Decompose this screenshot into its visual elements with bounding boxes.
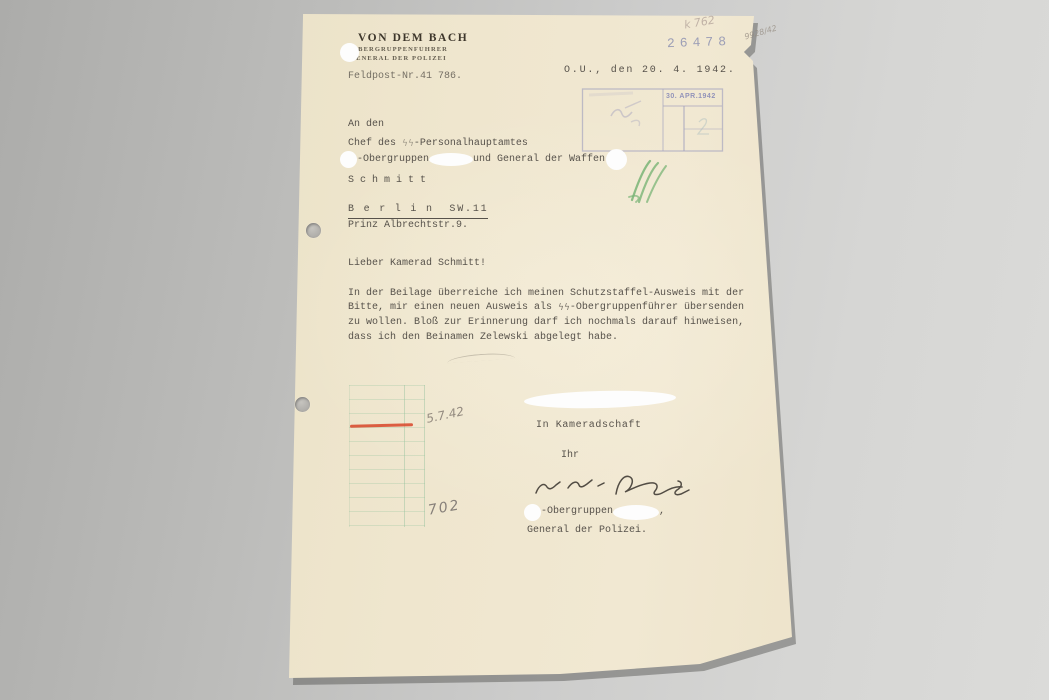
registry-number-stamp: 26478 — [667, 34, 732, 51]
body-line2a: Bitte, mir einen neuen Ausweis als — [348, 301, 558, 315]
letterhead-rank: OBERGRUPPENFÜHRER — [352, 46, 448, 53]
handwritten-signature — [528, 460, 700, 508]
closing-title: General der Polizei. — [527, 524, 647, 538]
feldpost-number: Feldpost-Nr.41 786. — [348, 70, 462, 84]
date-line: O.U., den 20. 4. 1942. — [564, 64, 736, 78]
letterhead-name: VON DEM BACH — [358, 32, 468, 44]
redaction-circle — [340, 151, 357, 168]
redaction-oval — [613, 505, 659, 520]
punch-hole-bottom — [295, 397, 310, 412]
closing-rank-line: -Obergruppen, — [524, 503, 665, 521]
photo-of-historical-letter: VON DEM BACH OBERGRUPPENFÜHRER GENERAL D… — [0, 0, 1049, 700]
body-line2: Bitte, mir einen neuen Ausweis als ϟϟ-Ob… — [348, 301, 744, 315]
redaction-circle — [606, 149, 627, 170]
body-line1: In der Beilage überreiche ich meinen Sch… — [348, 286, 744, 301]
recipient-city: B e r l i n SW.11 — [348, 203, 488, 219]
body-line2b: -Obergruppenführer übersenden — [570, 301, 744, 315]
receipt-stamp-date: 30. APR.1942 — [666, 93, 716, 100]
grid-line — [349, 385, 350, 527]
salutation: Lieber Kamerad Schmitt! — [348, 257, 486, 271]
recipient-chef-line: Chef des ϟϟ-Personalhauptamtes — [348, 137, 528, 151]
recipient-name: S c h m i t t — [348, 174, 426, 188]
grid-line — [424, 385, 425, 527]
recipient-rank-part2: und General der Waffen — [473, 153, 605, 167]
body-line3: zu wollen. Bloß zur Erinnerung darf ich … — [348, 316, 744, 330]
ss-runes: ϟϟ — [402, 137, 414, 151]
closing-kameradschaft: In Kameradschaft — [536, 419, 642, 433]
recipient-chef-part2: -Personalhauptamtes — [414, 137, 528, 151]
punch-hole-top — [306, 223, 321, 238]
green-initials-mark — [624, 156, 676, 204]
recipient-rank-part1: -Obergruppen — [357, 153, 429, 167]
recipient-rank-line: -Obergruppenund General der Waffen — [340, 151, 627, 168]
redaction-oval — [429, 153, 473, 166]
redaction-circle — [524, 504, 541, 521]
grid-line — [404, 385, 405, 527]
redaction-hole-letterhead — [340, 43, 359, 62]
ss-runes: ϟϟ — [558, 301, 570, 315]
recipient-an-den: An den — [348, 118, 384, 132]
body-line4: dass ich den Beinamen Zelewski abgelegt … — [348, 331, 618, 345]
closing-rank-comma: , — [659, 505, 665, 519]
letter-paper — [0, 0, 1049, 700]
closing-rank-visible: -Obergruppen — [541, 505, 613, 519]
recipient-chef-part1: Chef des — [348, 137, 402, 151]
bleedthrough-table-grid — [349, 385, 425, 527]
recipient-street: Prinz Albrechtstr.9. — [348, 219, 468, 233]
letterhead-title: GENERAL DER POLIZEI — [350, 55, 447, 62]
